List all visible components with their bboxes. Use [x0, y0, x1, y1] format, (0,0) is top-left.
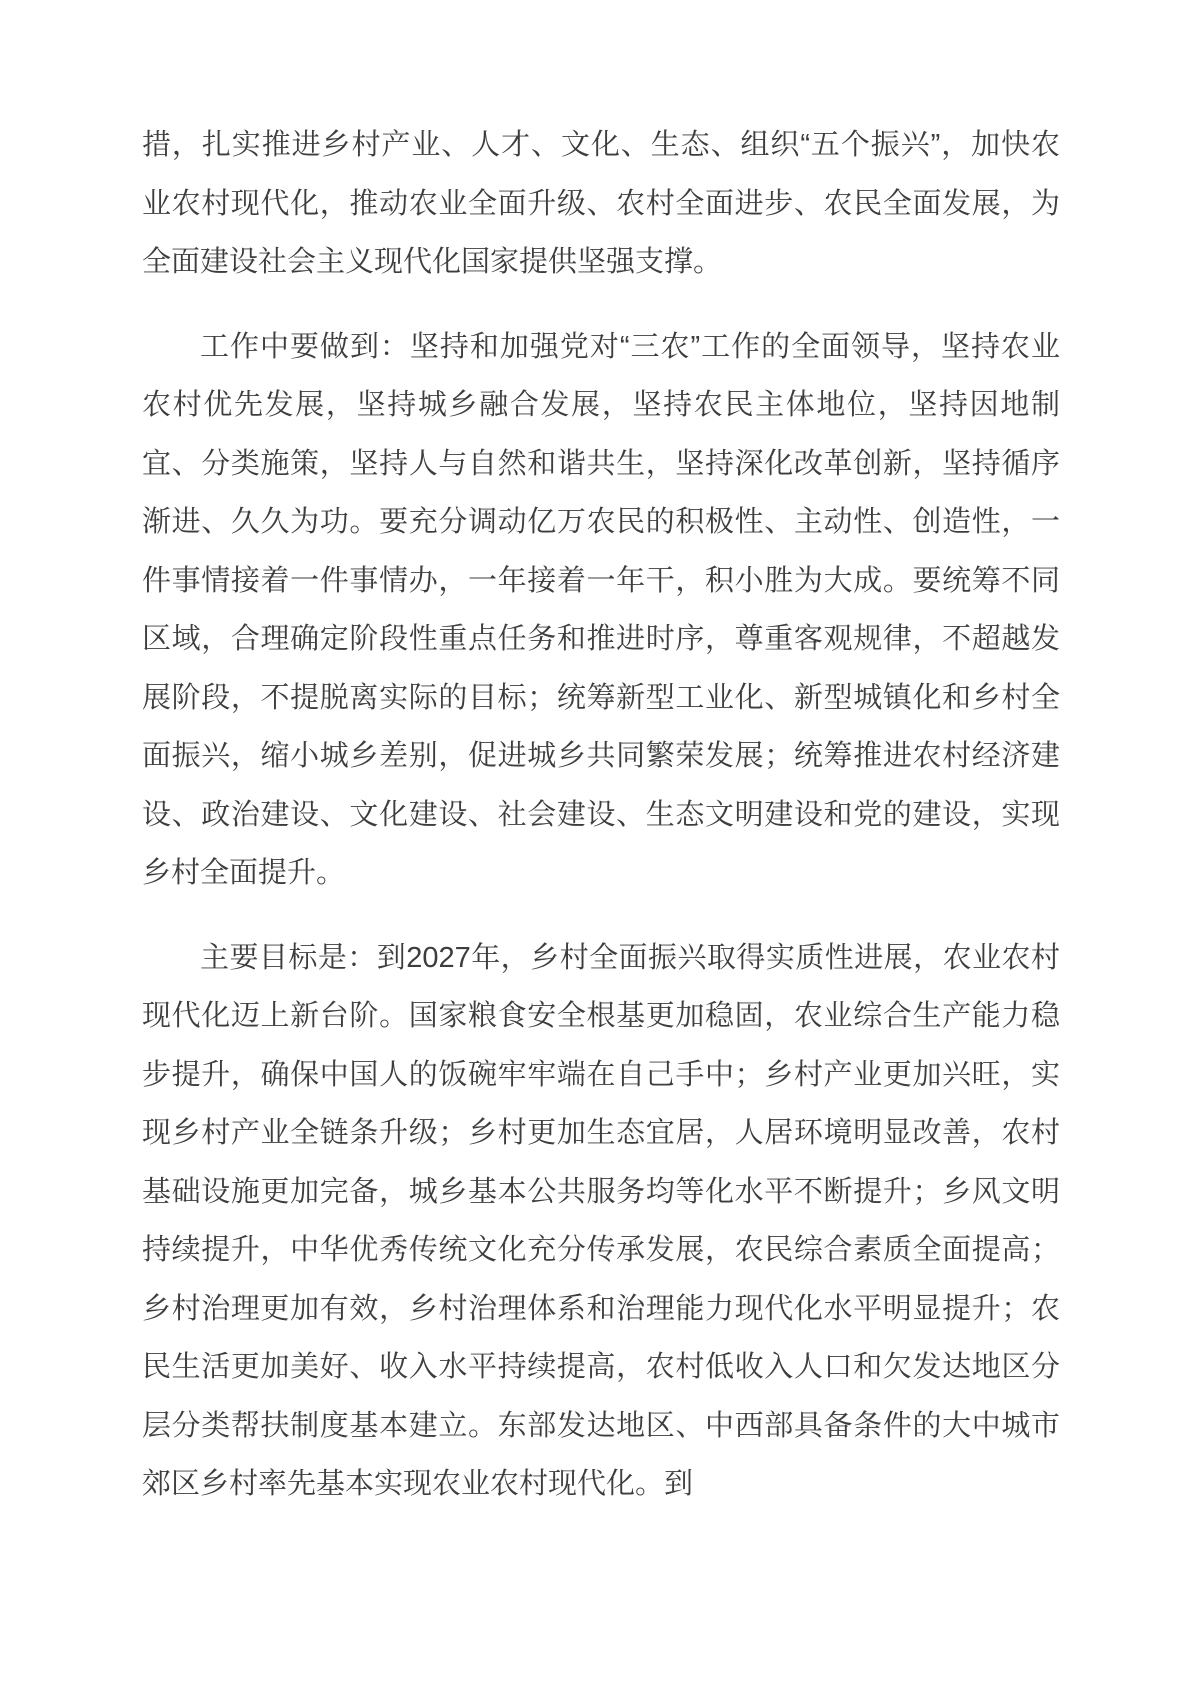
- paragraph-work-principles: 工作中要做到：坚持和加强党对“三农”工作的全面领导，坚持农业农村优先发展，坚持城…: [142, 318, 1060, 903]
- document-page: 措，扎实推进乡村产业、人才、文化、生态、组织“五个振兴”，加快农业农村现代化，推…: [0, 0, 1200, 1698]
- paragraph-main-goals-2027: 主要目标是：到2027年，乡村全面振兴取得实质性进展，农业农村现代化迈上新台阶。…: [142, 929, 1060, 1514]
- paragraph-continuation: 措，扎实推进乡村产业、人才、文化、生态、组织“五个振兴”，加快农业农村现代化，推…: [142, 116, 1060, 292]
- document-body: 措，扎实推进乡村产业、人才、文化、生态、组织“五个振兴”，加快农业农村现代化，推…: [142, 116, 1060, 1514]
